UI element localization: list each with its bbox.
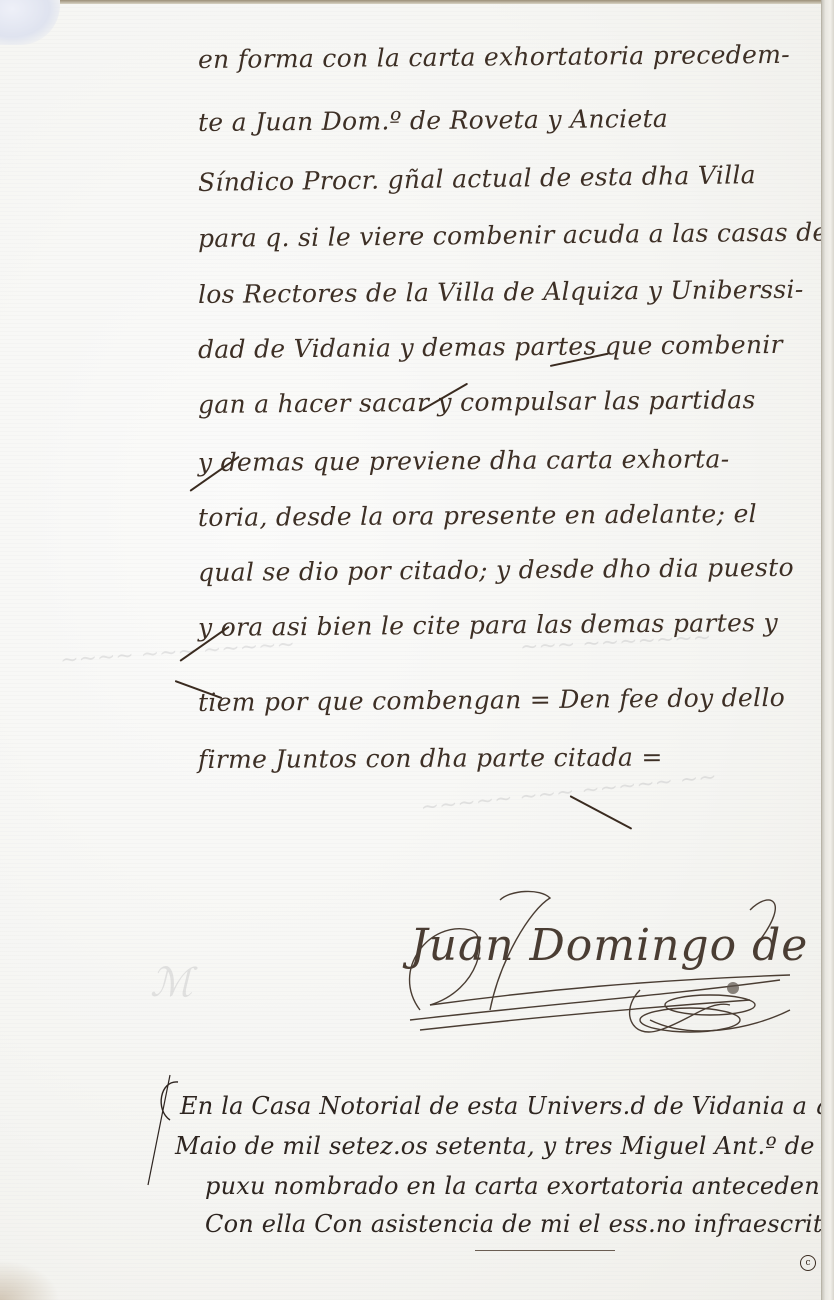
text-line: dad de Vidania y demas partes que comben… (198, 330, 783, 364)
signature-name: Juan Domingo de Elola (410, 920, 834, 971)
text-line: los Rectores de la Villa de Alquiza y Un… (198, 275, 804, 309)
notary-text-line: Con ella Con asistencia de mi el ess.no … (205, 1210, 834, 1238)
pen-stroke (570, 795, 633, 830)
signature: Juan Domingo de Elola (390, 880, 810, 1050)
underline-stroke (475, 1250, 615, 1251)
text-line: y demas que previene dha carta exhorta- (198, 444, 730, 477)
text-line: toria, desde la ora presente en adelante… (198, 499, 757, 532)
text-line: tiem por que combengan = Den fee doy del… (198, 683, 785, 717)
text-line: Síndico Procr. gñal actual de esta dha V… (198, 160, 756, 197)
page-mark: c (800, 1255, 816, 1271)
notary-text-line: En la Casa Notorial de esta Univers.d de… (180, 1092, 834, 1120)
text-line: en forma con la carta exhortatoria prece… (198, 40, 790, 74)
text-line: y ora asi bien le cite para las demas pa… (198, 608, 778, 642)
main-text-block: en forma con la carta exhortatoria prece… (0, 0, 834, 900)
pen-stroke-icon (140, 1070, 180, 1190)
notary-text-line: Maio de mil setez.os setenta, y tres Mig… (175, 1132, 834, 1160)
text-line: qual se dio por citado; y desde dho dia … (198, 553, 794, 587)
page-right-edge (821, 0, 834, 1300)
text-line: gan a hacer sacar y compulsar las partid… (198, 385, 756, 419)
text-line: te a Juan Dom.º de Roveta y Ancieta (198, 104, 668, 137)
notary-entry: En la Casa Notorial de esta Univers.d de… (140, 1070, 830, 1300)
text-line: firme Juntos con dha parte citada = (198, 743, 663, 774)
paper-stain (0, 1260, 60, 1300)
bleed-through-mark: ℳ (150, 960, 193, 1006)
notary-text-line: puxu nombrado en la carta exortatoria an… (205, 1172, 834, 1200)
text-line: para q. si le viere combenir acuda a las… (198, 217, 828, 253)
manuscript-page: ~~~~ ~~~ ~~~~~ ℳ ~~~~~ ~~~ ~~~~~ ~~ ~~~ … (0, 0, 824, 1300)
